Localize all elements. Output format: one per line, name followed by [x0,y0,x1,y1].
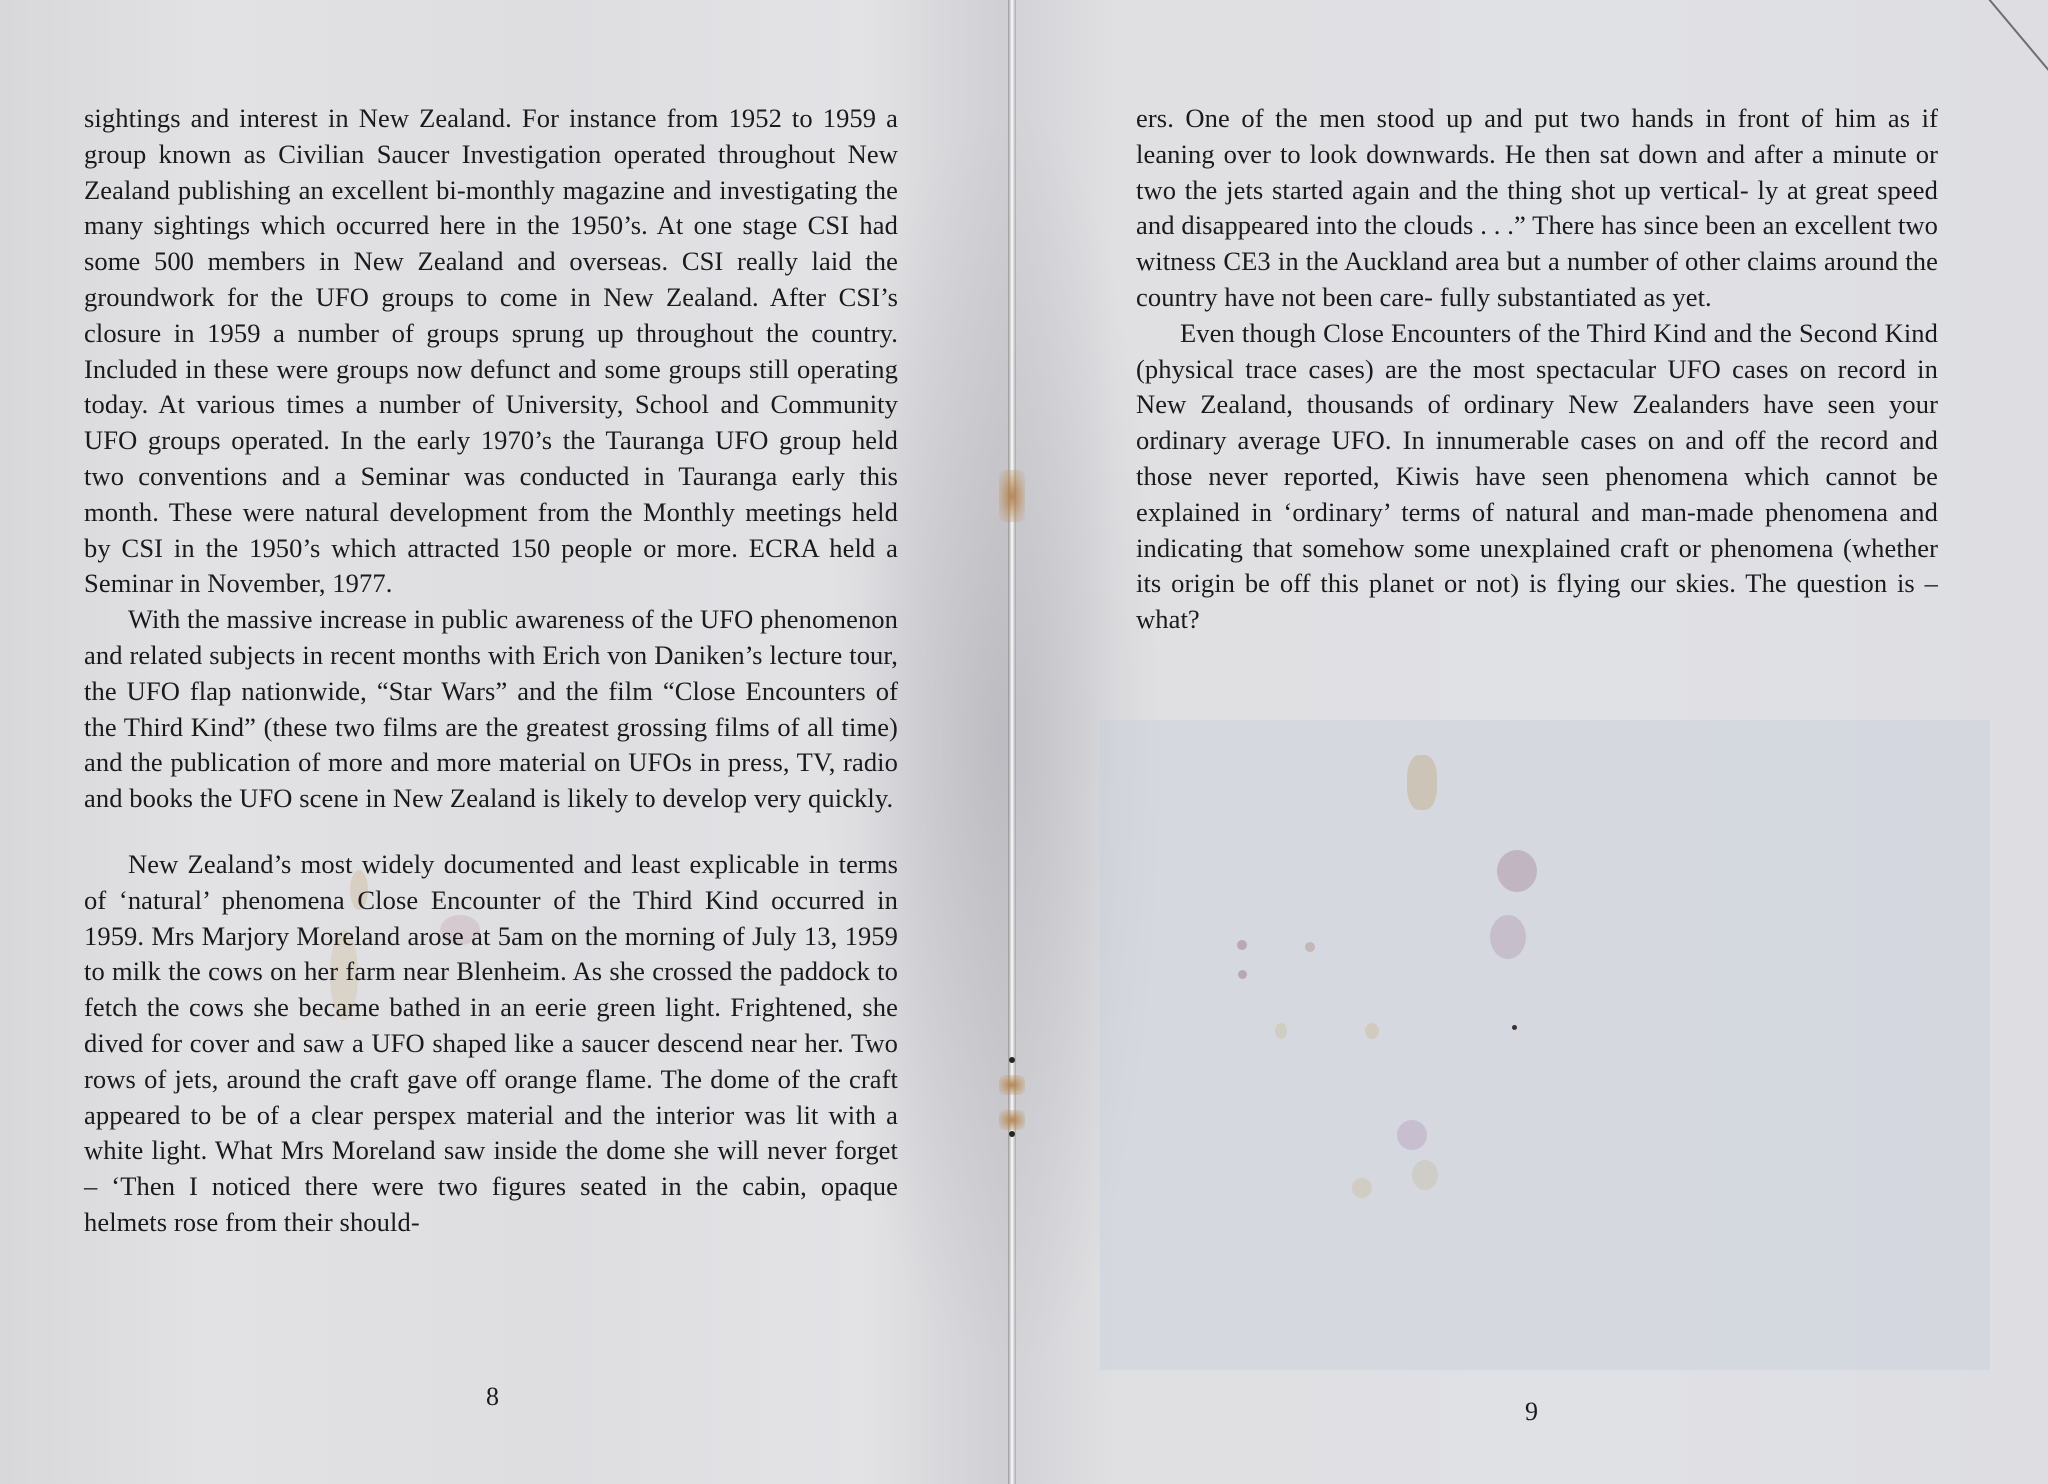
foxing-stain [1305,942,1315,952]
foxing-stain [1490,915,1526,959]
page-9-body: ers. One of the men stood up and put two… [1136,101,1938,638]
foxing-stain [1407,755,1437,810]
bleed-through-region [1100,720,1990,1370]
foxing-stain [1497,850,1537,892]
paragraph: New Zealand’s most widely documented and… [84,847,898,1241]
paragraph: ers. One of the men stood up and put two… [1136,101,1938,316]
page-8-body: sightings and interest in New Zealand. F… [84,101,898,1241]
foxing-stain [1352,1178,1372,1198]
booklet-spread: sightings and interest in New Zealand. F… [0,0,2048,1484]
paragraph: sightings and interest in New Zealand. F… [84,101,898,602]
foxing-stain [1397,1120,1427,1150]
paragraph: Even though Close Encounters of the Thir… [1136,316,1938,638]
staple-hole [1009,1057,1015,1063]
rust-stain [999,1110,1025,1130]
foxing-stain [1237,940,1247,950]
foxing-stain [1238,970,1247,979]
staple-hole [1009,1131,1015,1137]
booklet-spine [1008,0,1016,1484]
paragraph-gap [84,817,898,847]
paragraph: With the massive increase in public awar… [84,602,898,817]
foxing-stain [1412,1160,1438,1190]
foxing-stain [1365,1023,1379,1039]
foxing-stain [1512,1025,1517,1030]
foxing-stain [1275,1023,1287,1039]
page-number: 9 [1525,1397,1538,1427]
page-left: sightings and interest in New Zealand. F… [0,0,1012,1484]
rust-stain [999,470,1025,522]
rust-stain [999,1075,1025,1095]
page-number: 8 [486,1382,499,1412]
page-right: ers. One of the men stood up and put two… [1012,0,2048,1484]
